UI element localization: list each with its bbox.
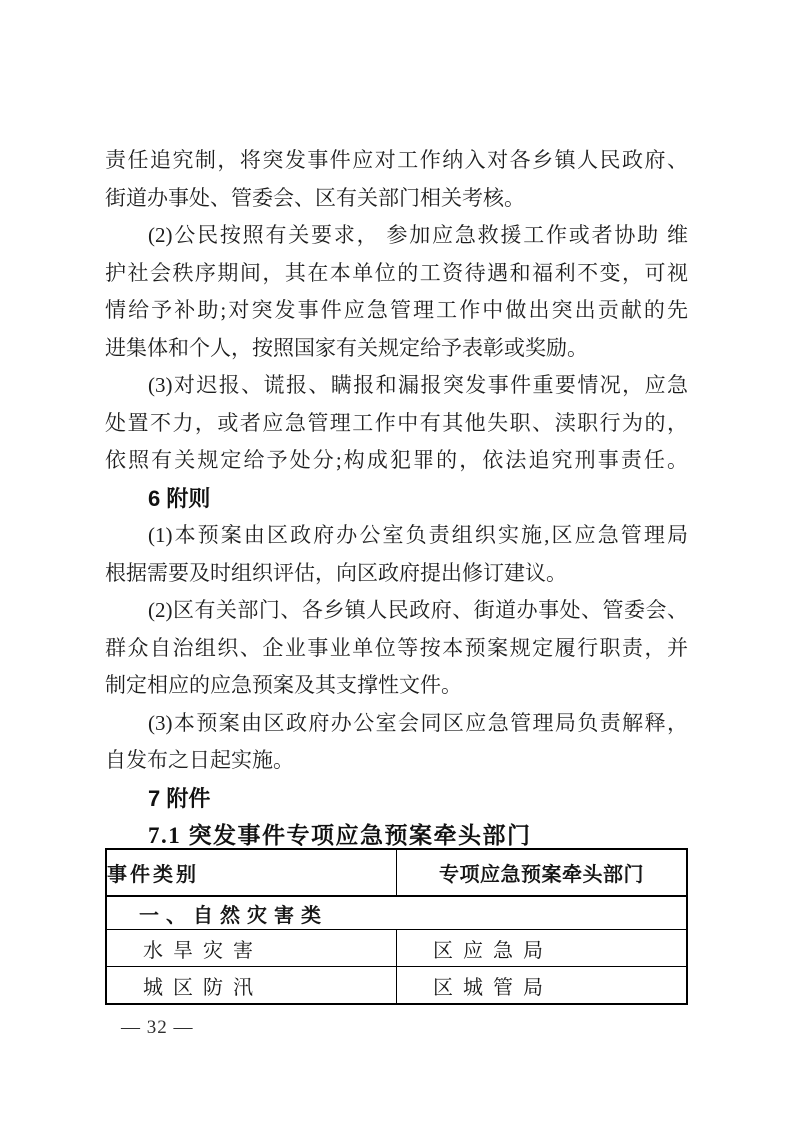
body-line: 制定相应的应急预案及其支撑性文件。	[105, 667, 688, 705]
table-cell-department: 区城管局	[397, 967, 688, 1005]
body-line: 责任追究制，将突发事件应对工作纳入对各乡镇人民政府、	[105, 142, 688, 180]
lead-department-table: 事件类别 专项应急预案牵头部门 一、自然灾害类 水旱灾害 区应急局 城区防汛 区…	[105, 848, 688, 1005]
body-line: 依照有关规定给予处分;构成犯罪的，依法追究刑事责任。	[105, 442, 688, 480]
table-header-department: 专项应急预案牵头部门	[397, 849, 688, 896]
table-row: 城区防汛 区城管局	[106, 967, 687, 1005]
body-line: (2)公民按照有关要求， 参加应急救援工作或者协助 维	[105, 217, 688, 255]
body-line: (1)本预案由区政府办公室负责组织实施,区应急管理局	[105, 517, 688, 555]
body-line: 情给予补助;对突发事件应急管理工作中做出突出贡献的先	[105, 292, 688, 330]
body-line: 处置不力，或者应急管理工作中有其他失职、渎职行为的，	[105, 405, 688, 443]
table-section-title: 一、自然灾害类	[106, 896, 687, 930]
section-heading-6: 6 附则	[105, 480, 688, 518]
document-page: 责任追究制，将突发事件应对工作纳入对各乡镇人民政府、 街道办事处、管委会、区有关…	[0, 0, 793, 1122]
document-body: 责任追究制，将突发事件应对工作纳入对各乡镇人民政府、 街道办事处、管委会、区有关…	[105, 142, 688, 855]
body-line: 群众自治组织、企业事业单位等按本预案规定履行职责，并	[105, 630, 688, 668]
body-line: 根据需要及时组织评估，向区政府提出修订建议。	[105, 555, 688, 593]
body-line: 进集体和个人，按照国家有关规定给予表彰或奖励。	[105, 330, 688, 368]
body-line: (3)对迟报、谎报、瞒报和漏报突发事件重要情况，应急	[105, 367, 688, 405]
body-line: 街道办事处、管委会、区有关部门相关考核。	[105, 180, 688, 218]
table-cell-category: 城区防汛	[106, 967, 397, 1005]
body-line: (2)区有关部门、各乡镇人民政府、街道办事处、管委会、	[105, 592, 688, 630]
table-section-row: 一、自然灾害类	[106, 896, 687, 930]
table-header-category: 事件类别	[106, 849, 397, 896]
body-line: 护社会秩序期间，其在本单位的工资待遇和福利不变，可视	[105, 255, 688, 293]
body-line: (3)本预案由区政府办公室会同区应急管理局负责解释，	[105, 705, 688, 743]
table-cell-department: 区应急局	[397, 930, 688, 967]
body-line: 自发布之日起实施。	[105, 742, 688, 780]
page-number: — 32 —	[121, 1017, 194, 1039]
table-cell-category: 水旱灾害	[106, 930, 397, 967]
section-heading-7: 7 附件	[105, 780, 688, 818]
table-header-row: 事件类别 专项应急预案牵头部门	[106, 849, 687, 896]
table-row: 水旱灾害 区应急局	[106, 930, 687, 967]
